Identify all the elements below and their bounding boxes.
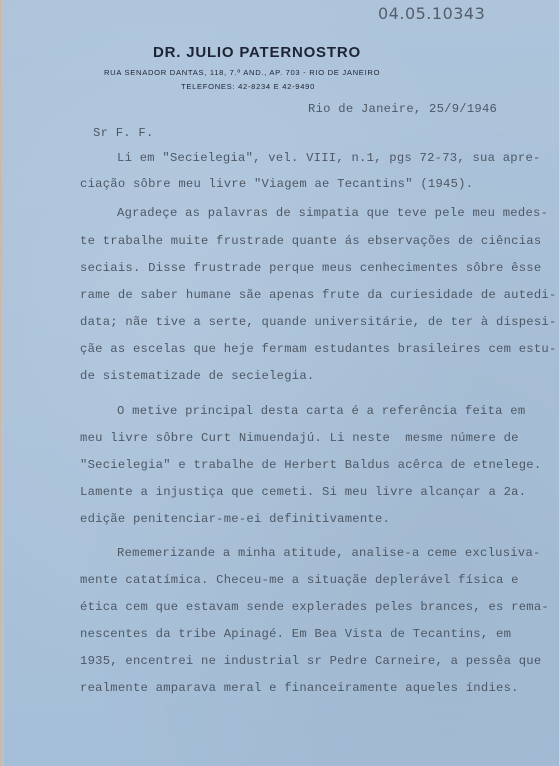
paragraph-4-line-1: Rememerizande a minha atitude, analise-a…	[117, 546, 541, 560]
salutation: Sr F. F.	[93, 126, 154, 140]
paragraph-4-line-2: mente catatímica. Checeu-me a situaçãe d…	[80, 573, 519, 587]
letterhead-name: DR. JULIO PATERNOSTRO	[153, 44, 361, 61]
paper-edge	[0, 0, 4, 766]
paragraph-2-line-2: te trabalhe muite frustrade quante ás eb…	[80, 234, 541, 248]
paragraph-2-line-1: Agradeçe as palavras de simpatia que tev…	[117, 206, 548, 220]
paragraph-2-line-7: de sistematizade de secielegia.	[80, 369, 314, 383]
archive-number-annotation: 04.05.10343	[378, 4, 485, 23]
date-line: Rio de Janeire, 25/9/1946	[308, 102, 497, 116]
paragraph-2-line-5: data; nãe tive a serte, quande universit…	[80, 315, 557, 329]
paragraph-4-line-4: nescentes da tribe Apinagé. Em Bea Vista…	[80, 627, 511, 641]
paragraph-4-line-5: 1935, encentrei ne industrial sr Pedre C…	[80, 654, 541, 668]
scanned-letter-page: 04.05.10343 DR. JULIO PATERNOSTRO RUA SE…	[0, 0, 559, 766]
letterhead-phones: TELEFONES: 42-8234 E 42-9490	[181, 82, 315, 91]
paragraph-2-line-4: rame de saber humane sãe apenas frute da…	[80, 288, 557, 302]
paragraph-1-line-2: ciação sôbre meu livre "Viagem ae Tecant…	[80, 177, 473, 191]
paragraph-3-line-5: ediçãe penitenciar-me-ei definitivamente…	[80, 512, 390, 526]
paragraph-1-line-1: Li em "Secielegia", vel. VIII, n.1, pgs …	[117, 151, 541, 165]
paragraph-3-line-3: "Secielegia" e trabalhe de Herbert Baldu…	[80, 458, 541, 472]
paragraph-3-line-2: meu livre sôbre Curt Nimuendajú. Li nest…	[80, 431, 519, 445]
paragraph-2-line-3: seciais. Disse frustrade perque meus cen…	[80, 261, 541, 275]
letterhead-address: RUA SENADOR DANTAS, 118, 7.º AND., AP. 7…	[104, 68, 380, 77]
paragraph-3-line-4: Lamente a injustiça que cemeti. Si meu l…	[80, 485, 526, 499]
paragraph-4-line-3: ética cem que estavam sende explerades p…	[80, 600, 549, 614]
paragraph-2-line-6: çãe as escelas que heje fermam estudante…	[80, 342, 557, 356]
paragraph-3-line-1: O metive principal desta carta é a refer…	[117, 404, 525, 418]
paragraph-4-line-6: realmente amparava meral e financeiramen…	[80, 681, 519, 695]
